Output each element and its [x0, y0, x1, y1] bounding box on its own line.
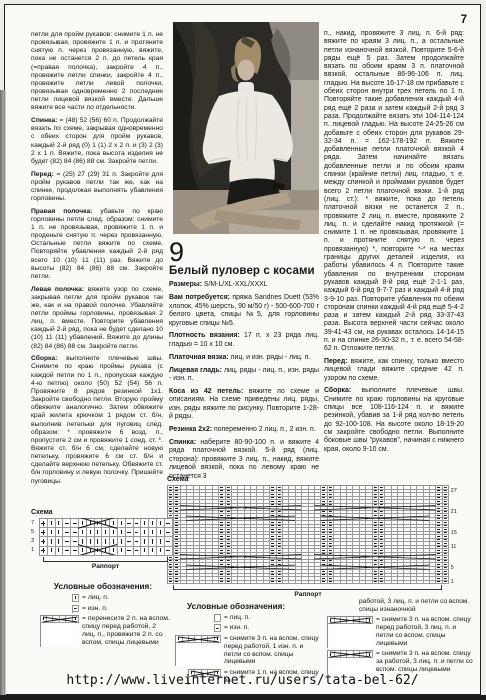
chart-row-number: 21: [451, 509, 457, 515]
left-column-paragraph: Сборка: выполните плечевые швы. Снимите …: [31, 355, 163, 486]
paragraph-lead: Перед:: [31, 171, 56, 178]
legend-continuation-text: работой, 3 лиц. п. и петли со вспом. спи…: [359, 598, 475, 614]
model-photo: [173, 22, 319, 234]
paragraph-lead: Лицевая гладь:: [169, 367, 224, 374]
legend-key-cell: [367, 617, 373, 624]
paragraph-lead: Сборка:: [324, 387, 361, 394]
paragraph-lead: Плотность вязания:: [169, 332, 244, 339]
chart-row-number: 3: [31, 538, 34, 544]
chart-cell: [110, 547, 118, 556]
big-chart-block: Схема 2721151151 Раппорт: [167, 476, 449, 598]
chart-cell: [134, 519, 142, 528]
chart-cell: [79, 519, 87, 528]
pattern-paragraph: Резинка 2х2: попеременно 2 лиц. п., 2 из…: [169, 426, 319, 434]
chart-cell: [157, 547, 165, 556]
legend-left: Условные обозначения: = лиц. п.= изн. п.…: [35, 583, 171, 650]
left-column-paragraph: Правая полочка: убавьте по краю горловин…: [31, 208, 163, 281]
page-number: 7: [461, 14, 467, 26]
left-column-paragraph: Левая полочка: вяжите узор по схеме, зак…: [31, 286, 163, 351]
legend-key-cell: [73, 595, 79, 602]
big-chart-rapport-bracket: [173, 585, 442, 590]
pattern-paragraph: Лицевая гладь: лиц. ряды - лиц. п., изн.…: [169, 367, 319, 384]
chart-cell: [48, 537, 56, 546]
chart-row-number: 1: [31, 547, 34, 553]
chart-cell: [118, 528, 126, 537]
legend-bottom-b-items: = снимите 3 п. на вспом. спицу перед раб…: [323, 616, 475, 674]
legend-item-text: = снимите 3 п. на вспом. спицу перед раб…: [224, 635, 319, 667]
knitting-chart-grid: [167, 485, 449, 584]
chart-cell: [126, 537, 134, 546]
chart-cell: [48, 519, 56, 528]
chart-cell: [149, 519, 157, 528]
chart-cell: [126, 519, 134, 528]
chart-cell: [157, 519, 165, 528]
chart-cell: [56, 519, 64, 528]
chart-cell: [48, 528, 56, 537]
legend-key-cell: [367, 651, 373, 658]
chart-cell: [40, 519, 48, 528]
small-chart-rapport-label: Раппорт: [39, 563, 172, 570]
chart-cell: [141, 547, 149, 556]
source-url-text: http://www.liveinternet.ru/users/tata-be…: [5, 673, 480, 688]
legend-item-text: = изн. п.: [82, 605, 171, 613]
chart-cell: [71, 537, 79, 546]
chart-cell: [118, 519, 126, 528]
legend-bottom-title: Условные обозначения:: [187, 603, 319, 611]
chart-cell: [165, 519, 173, 528]
chart-row-number: 7: [31, 520, 34, 526]
chart-cell: [165, 537, 173, 546]
pattern-title: Белый пуловер с косами: [169, 267, 319, 275]
chart-cell: [141, 519, 149, 528]
chart-cell: [126, 547, 134, 556]
legend-item: = изн. п.: [35, 605, 171, 613]
chart-cell: [63, 519, 71, 528]
paragraph-lead: Сборка:: [31, 355, 66, 362]
chart-cell: [71, 547, 79, 556]
legend-item: = снимите 3 п. на вспом. спицу перед раб…: [323, 616, 475, 648]
legend-key-symbol: [35, 594, 79, 602]
chart-cell: [118, 537, 126, 546]
chart-cell: [149, 528, 157, 537]
paragraph-lead: Вам потребуется:: [169, 294, 232, 301]
scan-edge-bottom: [0, 695, 486, 700]
legend-key-symbol: [173, 635, 221, 667]
paragraph-lead: Спинка:: [169, 439, 200, 446]
left-column-paragraph: Спинка: = (48) 52 (56) 60 п. Продолжайте…: [31, 117, 163, 166]
pattern-sections: Размеры: S/M-L/XL-XXL/XXXLВам потребуетс…: [169, 281, 319, 481]
legend-key-symbol: [323, 616, 373, 648]
legend-item-text: = перенесите 2 п. на вспом. спицу перед …: [82, 615, 171, 647]
right-column-paragraph: Сборка: выполните плечевые швы. Снимите …: [324, 387, 464, 453]
scan-edge-left: [0, 90, 6, 700]
chart-cell: [63, 537, 71, 546]
chart-cell: [40, 537, 48, 546]
chart-cell: [443, 581, 449, 585]
chart-cell: [71, 519, 79, 528]
chart-cell: [134, 547, 142, 556]
chart-cell: [110, 519, 118, 528]
legend-item-text: = снимите 3 п. на вспом. спицу перед раб…: [376, 616, 475, 648]
chart-row-number: 5: [31, 529, 34, 535]
legend-key-symbol: [323, 650, 373, 674]
chart-cell: [87, 519, 95, 528]
paragraph-lead: Спинка:: [31, 117, 60, 124]
legend-key-cell: [73, 616, 79, 623]
chart-cell: [102, 547, 110, 556]
chart-cell: [56, 528, 64, 537]
pattern-paragraph: Спинка: наберите 80-90-100 п. и вяжите 4…: [169, 439, 319, 481]
pattern-paragraph: Размеры: S/M-L/XL-XXL/XXXL: [169, 281, 319, 289]
small-chart-block: Схема 7531 Раппорт: [31, 509, 173, 570]
pattern-paragraph: Вам потребуется: пряжа Sandnes Duett (53…: [169, 294, 319, 328]
legend-item-text: = изн. п.: [224, 624, 319, 632]
chart-cell: [79, 547, 87, 556]
chart-cell: [63, 547, 71, 556]
chart-cell: [87, 547, 95, 556]
legend-key-cell: [73, 606, 79, 613]
chart-cell: [149, 547, 157, 556]
chart-cell: [149, 537, 157, 546]
legend-key-symbol: [173, 614, 221, 622]
chart-cell: [95, 528, 103, 537]
chart-cell: [141, 537, 149, 546]
photo-illustration: [173, 22, 319, 234]
paragraph-lead: Перед:: [324, 358, 351, 365]
legend-item: = снимите 3 п. на вспом. спицу перед раб…: [173, 635, 319, 667]
chart-cell: [87, 528, 95, 537]
left-column-paragraph: Перед: = (25) 27 (29) 31 п. Закройте для…: [31, 171, 163, 204]
legend-left-items: = лиц. п.= изн. п.= перенесите 2 п. на в…: [35, 594, 171, 647]
chart-cell: [63, 528, 71, 537]
legend-item-text: = лиц. п.: [82, 594, 171, 602]
chart-cell: [134, 528, 142, 537]
chart-cell: [102, 537, 110, 546]
chart-row-number: 5: [451, 565, 454, 571]
chart-cell: [157, 528, 165, 537]
paragraph-lead: Размеры:: [169, 281, 204, 288]
knitting-chart-grid: [39, 518, 173, 556]
paragraph-lead: Правая полочка:: [31, 208, 100, 215]
pattern-column: 9 Белый пуловер с косами Размеры: S/M-L/…: [169, 236, 319, 486]
paragraph-lead: Платочная вязка:: [169, 354, 231, 361]
chart-cell: [141, 528, 149, 537]
chart-cell: [102, 519, 110, 528]
legend-item: = перенесите 2 п. на вспом. спицу перед …: [35, 615, 171, 647]
small-chart-label: Схема: [31, 509, 173, 516]
big-chart-label: Схема: [167, 476, 449, 483]
chart-cell: [48, 547, 56, 556]
legend-key-cell: [215, 615, 221, 622]
legend-item: = снимите 3 п. на вспом. спицу за работо…: [323, 650, 475, 674]
chart-cell: [95, 537, 103, 546]
chart-cell: [110, 528, 118, 537]
chart-row-number: 27: [451, 488, 457, 494]
legend-item: = лиц. п.: [35, 594, 171, 602]
chart-cell: [56, 537, 64, 546]
legend-bottom-col-b: работой, 3 лиц. п. и петли со вспом. спи…: [323, 598, 475, 677]
chart-cell: [126, 528, 134, 537]
chart-row-number: 15: [451, 530, 457, 536]
paragraph-lead: Резинка 2х2:: [169, 426, 214, 433]
left-column-paragraph: петли для пройм рукавов: снимите 1 п. не…: [31, 31, 163, 113]
big-chart-rapport-label: Раппорт: [167, 591, 449, 598]
legend-key-cell: [215, 625, 221, 632]
legend-key-cell: [215, 636, 221, 643]
chart-cell: [40, 547, 48, 556]
left-text-column: петли для пройм рукавов: снимите 1 п. не…: [31, 31, 163, 490]
small-chart: 7531: [39, 518, 173, 556]
chart-cell: [134, 537, 142, 546]
legend-item: = лиц. п.: [173, 614, 319, 622]
legend-key-symbol: [35, 605, 79, 613]
legend-item: = изн. п.: [173, 624, 319, 632]
chart-cell: [165, 547, 173, 556]
chart-cell: [102, 528, 110, 537]
chart-cell: [56, 547, 64, 556]
paragraph-lead: Коса из 42 петель:: [169, 388, 249, 395]
legend-left-title: Условные обозначения:: [35, 583, 171, 591]
chart-cell: [71, 528, 79, 537]
chart-cell: [118, 547, 126, 556]
legend-key-symbol: [35, 615, 79, 647]
legend-item-text: = лиц. п.: [224, 614, 319, 622]
chart-cell: [79, 537, 87, 546]
pattern-paragraph: Платочная вязка: лиц. и изн. ряды - лиц.…: [169, 354, 319, 362]
right-column-paragraph: п., накид, провяжите 3 лиц. п. 6-й ряд: …: [324, 30, 464, 354]
legend-key-symbol: [173, 624, 221, 632]
chart-row-number: 11: [451, 544, 457, 550]
chart-cell: [95, 519, 103, 528]
chart-cell: [40, 528, 48, 537]
chart-cell: [79, 528, 87, 537]
magazine-page: 7 петли для пройм рукавов: снимите 1 п. …: [4, 4, 481, 695]
small-chart-rapport-bracket: [43, 557, 168, 562]
chart-cell: [95, 547, 103, 556]
pattern-number: 9: [169, 238, 319, 266]
chart-row-number: 1: [451, 579, 454, 585]
chart-cell: [165, 528, 173, 537]
pattern-paragraph: Плотность вязания: 17 п. х 23 ряда лиц. …: [169, 332, 319, 349]
chart-cell: [157, 537, 165, 546]
paragraph-lead: Левая полочка:: [31, 286, 88, 293]
big-chart: 2721151151: [167, 485, 449, 584]
chart-cell: [110, 537, 118, 546]
legend-item-text: = снимите 3 п. на вспом. спицу за работо…: [376, 650, 475, 674]
right-text-column: п., накид, провяжите 3 лиц. п. 6-й ряд: …: [324, 30, 464, 458]
right-column-paragraph: Перед: вяжите, как спинку, только вместо…: [324, 358, 464, 383]
pattern-paragraph: Коса из 42 петель: вяжите по схеме и опи…: [169, 388, 319, 422]
chart-cell: [87, 537, 95, 546]
